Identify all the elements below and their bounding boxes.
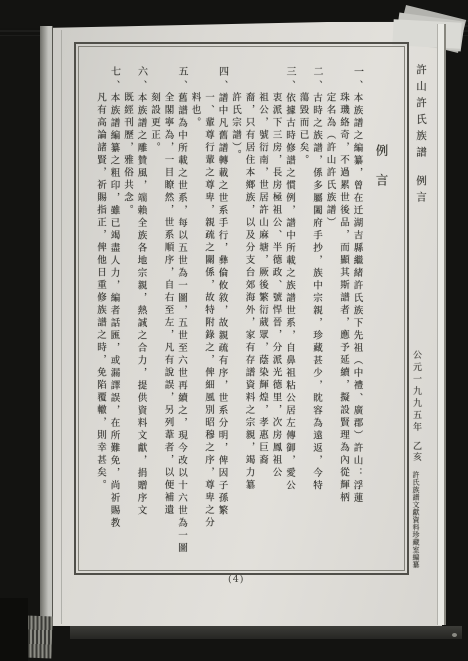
item-2-line-1: 二、古時之族譜，係多屬闔府手抄，族中宗親，珍藏甚少，眈容為遠返，今特 — [310, 66, 324, 564]
item-line: 、古時之族譜，係多屬闔府手抄，族中宗親，珍藏甚少，眈容為遠返，今特 — [311, 80, 322, 493]
preface-heading: 例言 — [375, 66, 389, 564]
item-1-marker: 一 — [352, 66, 363, 76]
item-5-line-2: 全閣寧為，一目瞭然，世系順序，自右至左，凡有說誤，另列葦者，以便補遺 — [161, 66, 175, 564]
page-left-edge — [40, 26, 53, 626]
colophon-ganzhi: 乙亥 — [411, 441, 421, 463]
page-bottom-shadow — [70, 626, 462, 639]
item-3-line-2: 衷派下三房，長房極祖公、半德政、號悍晉，分派光德里，次房鳳祖公 — [269, 66, 283, 564]
colophon-year: 公元一九九五年 — [411, 350, 421, 434]
item-5-line-1: 五、舊譜為中所載之世系，每以五世為一圖，五世至六世再續之，現今改以十六世為一圖 — [175, 66, 189, 564]
item-7-line-1: 七、本族譜編纂之粗印，雖已竭盡人力，編者話匯，或漏譯誤，在所難免，尚祈賜教 — [107, 66, 121, 564]
pages-fore-edge — [25, 616, 52, 659]
section-name: 例言 — [415, 175, 427, 208]
margin-title: 許山許氏族譜例言 — [414, 64, 429, 304]
book-photo: 許山許氏族譜例言 公元一九九五年乙亥許氏族譜文獻資料珍藏室編纂 例言 一、本族譜… — [0, 0, 468, 661]
item-6-line-2: 既經刊歷，雅俗共念。 — [121, 66, 135, 564]
highlight-dot — [452, 633, 457, 637]
book-title: 許山許氏族譜 — [415, 64, 427, 163]
item-5-line-3: 刻設更正。 — [148, 66, 162, 564]
item-6-marker: 六 — [136, 66, 147, 76]
colophon-compiler: 許氏族譜文獻資料珍藏室編纂 — [412, 471, 420, 569]
item-7-line-2: 凡有高論諸賢，祈賜指正，俾他日重修族譜之時，免陷覆轍，則幸甚矣。 — [94, 66, 108, 564]
item-1-line-2: 珠璣絡奇，不過累世後品，而顯其斯譜者，應予延續，擬設賢理為內從輝柄 — [337, 66, 351, 564]
item-3-line-4: 裔，只有居住本鄉族，以及分支台郊海外，家有存譜資料之宗親，竭力簒 — [242, 66, 256, 564]
item-1-line-3: 定名為（許山許氏族譜） — [323, 66, 337, 564]
item-4-marker: 四 — [217, 66, 228, 76]
item-line: 、譜中凡舊譜轉載之世系手行，彝倫攸敘，故親疏有序，世系分明，俾因子孫繁 — [217, 80, 228, 518]
item-4-line-2: 一、輩尊行輩之尊卑，親疏之關係，故特附錄之，俾細風別昭穆之序，尊卑之分 — [202, 66, 216, 564]
item-3-marker: 三 — [284, 66, 295, 76]
item-2-line-2: 蕩毀而已矣。 — [296, 66, 310, 564]
item-line: 、依據古時修譜之慣例，譜中所載之族譜世系，自鼻祖粘公居左傳御，愛公 — [284, 80, 295, 493]
item-line: 、舊譜為中所載之世系，每以五世為一圖，五世至六世再續之，現今改以十六世為一圖 — [176, 80, 187, 555]
item-5-marker: 五 — [176, 66, 187, 76]
item-6-line-1: 六、本族譜之雕贊風，端賴全族各地宗親，熱誠之合力，提供資料文獻，捐贈序文 — [134, 66, 148, 564]
item-3-line-5: 許氏宗譜）。 — [229, 66, 243, 564]
bottom-left-corner — [0, 598, 28, 661]
item-4-line-3: 料也。 — [188, 66, 202, 564]
item-7-marker: 七 — [109, 66, 120, 76]
item-3-line-3: 祖公，號衍南，世居許山麻塘，厥後繁衍葳眾，蔭染輝煌，孝惠巨裔 — [256, 66, 270, 564]
page-right-edge — [437, 24, 446, 625]
page-number: (4) — [228, 574, 244, 585]
page-crease — [61, 30, 62, 624]
item-line: 、本族譜之編纂，曾在迁湖吉縣繼緒許氏族下先祖（中禮、廣郡）許山：浮蓮 — [352, 80, 363, 505]
item-line: 、本族譜之雕贊風，端賴全族各地宗親，熱誠之合力，提供資料文獻，捐贈序文 — [136, 80, 147, 518]
preface-text: 例言 一、本族譜之編纂，曾在迁湖吉縣繼緒許氏族下先祖（中禮、廣郡）許山：浮蓮 珠… — [84, 66, 400, 564]
item-3-line-1: 三、依據古時修譜之慣例，譜中所載之族譜世系，自鼻祖粘公居左傳御，愛公 — [283, 66, 297, 564]
item-line: 、本族譜編纂之粗印，雖已竭盡人力，編者話匯，或漏譯誤，在所難免，尚祈賜教 — [109, 80, 120, 530]
margin-colophon: 公元一九九五年乙亥許氏族譜文獻資料珍藏室編纂 — [410, 350, 423, 600]
item-4-line-1: 四、譜中凡舊譜轉載之世系手行，彝倫攸敘，故親疏有序，世系分明，俾因子孫繁 — [215, 66, 229, 564]
item-2-marker: 二 — [311, 66, 322, 76]
item-1-line-1: 一、本族譜之編纂，曾在迁湖吉縣繼緒許氏族下先祖（中禮、廣郡）許山：浮蓮 — [350, 66, 364, 564]
